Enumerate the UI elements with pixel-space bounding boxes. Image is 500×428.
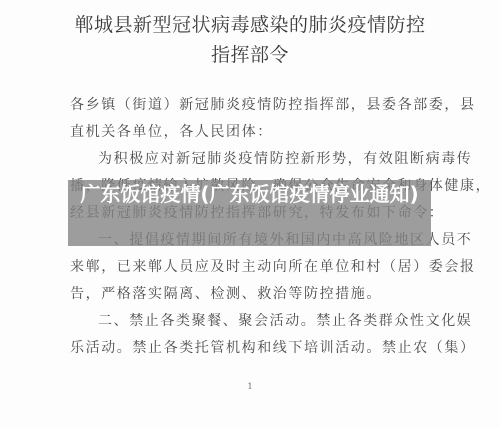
document-body-line: 乐活动。禁止各类托管机构和线下培训活动。禁止农（集） (70, 337, 440, 357)
document-body-line: 各乡镇（街道）新冠肺炎疫情防控指挥部，县委各部委，县 (70, 94, 440, 114)
document-body-line: 二、禁止各类聚餐、聚会活动。禁止各类群众性文化娱 (98, 310, 468, 330)
document-body-line: 为积极应对新冠肺炎疫情防控新形势，有效阻断病毒传 (98, 148, 468, 168)
caption-overlay-text: 广东饭馆疫情(广东饭馆疫情停业通知) (68, 181, 431, 207)
page-number: 1 (0, 382, 500, 391)
document-body-line: 告，严格落实隔离、检测、救治等防控措施。 (70, 283, 440, 303)
document-body-line: 直机关各单位，各人民团体： (70, 121, 440, 141)
document-title-line-2: 指挥部令 (0, 40, 500, 67)
document-body-line: 来郸，已来郸人员应及时主动向所在单位和村（居）委会报 (70, 256, 440, 276)
document-title-line-1: 郸城县新型冠状病毒感染的肺炎疫情防控 (0, 10, 500, 37)
